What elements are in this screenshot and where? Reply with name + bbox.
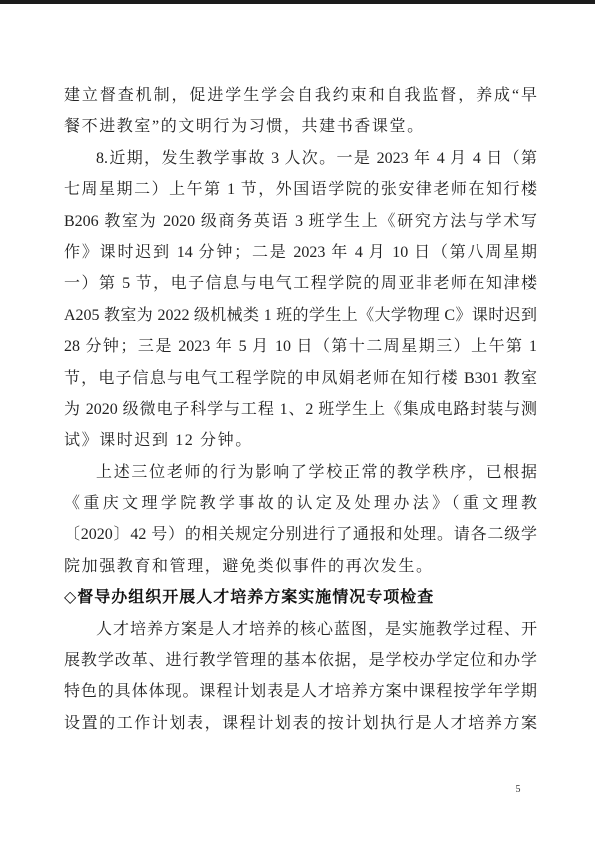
body-line: 院加强教育和管理，避免类似事件的再次发生。 [64,551,537,582]
body-line: 餐不进教室”的文明行为习惯，共建书香课堂。 [64,111,537,142]
body-line: 〔2020〕42 号）的相关规定分别进行了通报和处理。请各二级学 [64,519,537,550]
body-line: A205 教室为 2022 级机械类 1 班的学生上《大学物理 C》课时迟到 [64,300,537,331]
body-line: B206 教室为 2020 级商务英语 3 班学生上《研究方法与学术写 [64,206,537,237]
body-line: 设置的工作计划表，课程计划表的按计划执行是人才培养方案 [64,708,537,739]
body-line: 试》课时迟到 12 分钟。 [64,425,537,456]
page-body: 建立督查机制，促进学生学会自我约束和自我监督，养成“早 餐不进教室”的文明行为习… [64,80,537,739]
body-line: 节，电子信息与电气工程学院的申凤娟老师在知行楼 B301 教室 [64,363,537,394]
section-heading: ◇督导办组织开展人才培养方案实施情况专项检查 [64,582,537,613]
body-line: 人才培养方案是人才培养的核心蓝图，是实施教学过程、开 [64,614,537,645]
document-page: 建立督查机制，促进学生学会自我约束和自我监督，养成“早 餐不进教室”的文明行为习… [0,0,595,841]
body-line: 一）第 5 节，电子信息与电气工程学院的周亚非老师在知津楼 [64,268,537,299]
scan-edge-artifact [0,0,595,4]
page-number: 5 [511,784,525,795]
body-line: 上述三位老师的行为影响了学校正常的教学秩序，已根据 [64,457,537,488]
body-line: 展教学改革、进行教学管理的基本依据，是学校办学定位和办学 [64,645,537,676]
body-line: 作》课时迟到 14 分钟；二是 2023 年 4 月 10 日（第八周星期 [64,237,537,268]
body-line: 28 分钟；三是 2023 年 5 月 10 日（第十二周星期三）上午第 1 [64,331,537,362]
body-line: 七周星期二）上午第 1 节，外国语学院的张安律老师在知行楼 [64,174,537,205]
body-line: 建立督查机制，促进学生学会自我约束和自我监督，养成“早 [64,80,537,111]
body-line: 《重庆文理学院教学事故的认定及处理办法》（重文理教 [64,488,537,519]
body-line: 8.近期，发生教学事故 3 人次。一是 2023 年 4 月 4 日（第 [64,143,537,174]
body-line: 为 2020 级微电子科学与工程 1、2 班学生上《集成电路封装与测 [64,394,537,425]
body-line: 特色的具体体现。课程计划表是人才培养方案中课程按学年学期 [64,676,537,707]
